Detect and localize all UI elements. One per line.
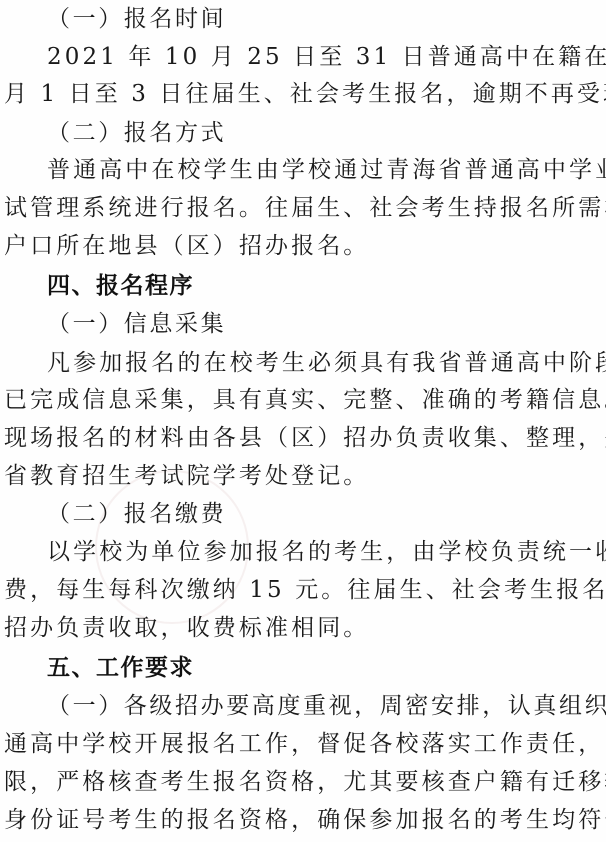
paragraph-line: 招办负责收取，收费标准相同。 <box>4 609 604 647</box>
paragraph-line: 费，每生每科次缴纳 15 元。往届生、社会考生报名费由县（区） <box>4 571 604 609</box>
paragraph-line: 月 1 日至 3 日往届生、社会考生报名，逾期不再受理。 <box>4 75 604 113</box>
paragraph-line: 以学校为单位参加报名的考生，由学校负责统一收取报名 <box>47 533 606 571</box>
paragraph-line-first: （一）各级招办要高度重视，周密安排，认真组织辖区内普 <box>47 687 606 725</box>
paragraph-line: 省教育招生考试院学考处登记。 <box>4 457 604 495</box>
paragraph-line: 身份证号考生的报名资格，确保参加报名的考生均符合报名条 <box>4 801 604 839</box>
paragraph-line: 通高中学校开展报名工作，督促各校落实工作责任，明确工作时 <box>4 725 604 763</box>
subsection-title-registration-time: （一）报名时间 <box>47 0 606 38</box>
document-page: （一）报名时间 2021 年 10 月 25 日至 31 日普通高中在籍在校学生… <box>0 0 606 842</box>
section-heading-work-requirements: 五、工作要求 <box>47 649 606 687</box>
subsection-title-info-collection: （一）信息采集 <box>47 305 606 343</box>
paragraph-line: 现场报名的材料由各县（区）招办负责收集、整理，并统一报送 <box>4 419 604 457</box>
paragraph-line: 限，严格核查考生报名资格，尤其要核查户籍有迁移轨迹的省外 <box>4 763 604 801</box>
paragraph-line: 普通高中在校学生由学校通过青海省普通高中学业水平考 <box>47 151 606 189</box>
paragraph-line: 凡参加报名的在校考生必须具有我省普通高中阶段学籍，且 <box>47 344 606 382</box>
subsection-title-registration-method: （二）报名方式 <box>47 114 606 152</box>
paragraph-line: 2021 年 10 月 25 日至 31 日普通高中在籍在校学生报名，11 <box>47 38 606 76</box>
subsection-title-registration-fee: （二）报名缴费 <box>47 495 606 533</box>
paragraph-line: 试管理系统进行报名。往届生、社会考生持报名所需材料到本人 <box>4 189 604 227</box>
paragraph-line: 户口所在地县（区）招办报名。 <box>4 227 604 265</box>
section-heading-registration-procedure: 四、报名程序 <box>47 267 606 305</box>
paragraph-line: 已完成信息采集，具有真实、完整、准确的考籍信息。社会考生 <box>4 381 604 419</box>
